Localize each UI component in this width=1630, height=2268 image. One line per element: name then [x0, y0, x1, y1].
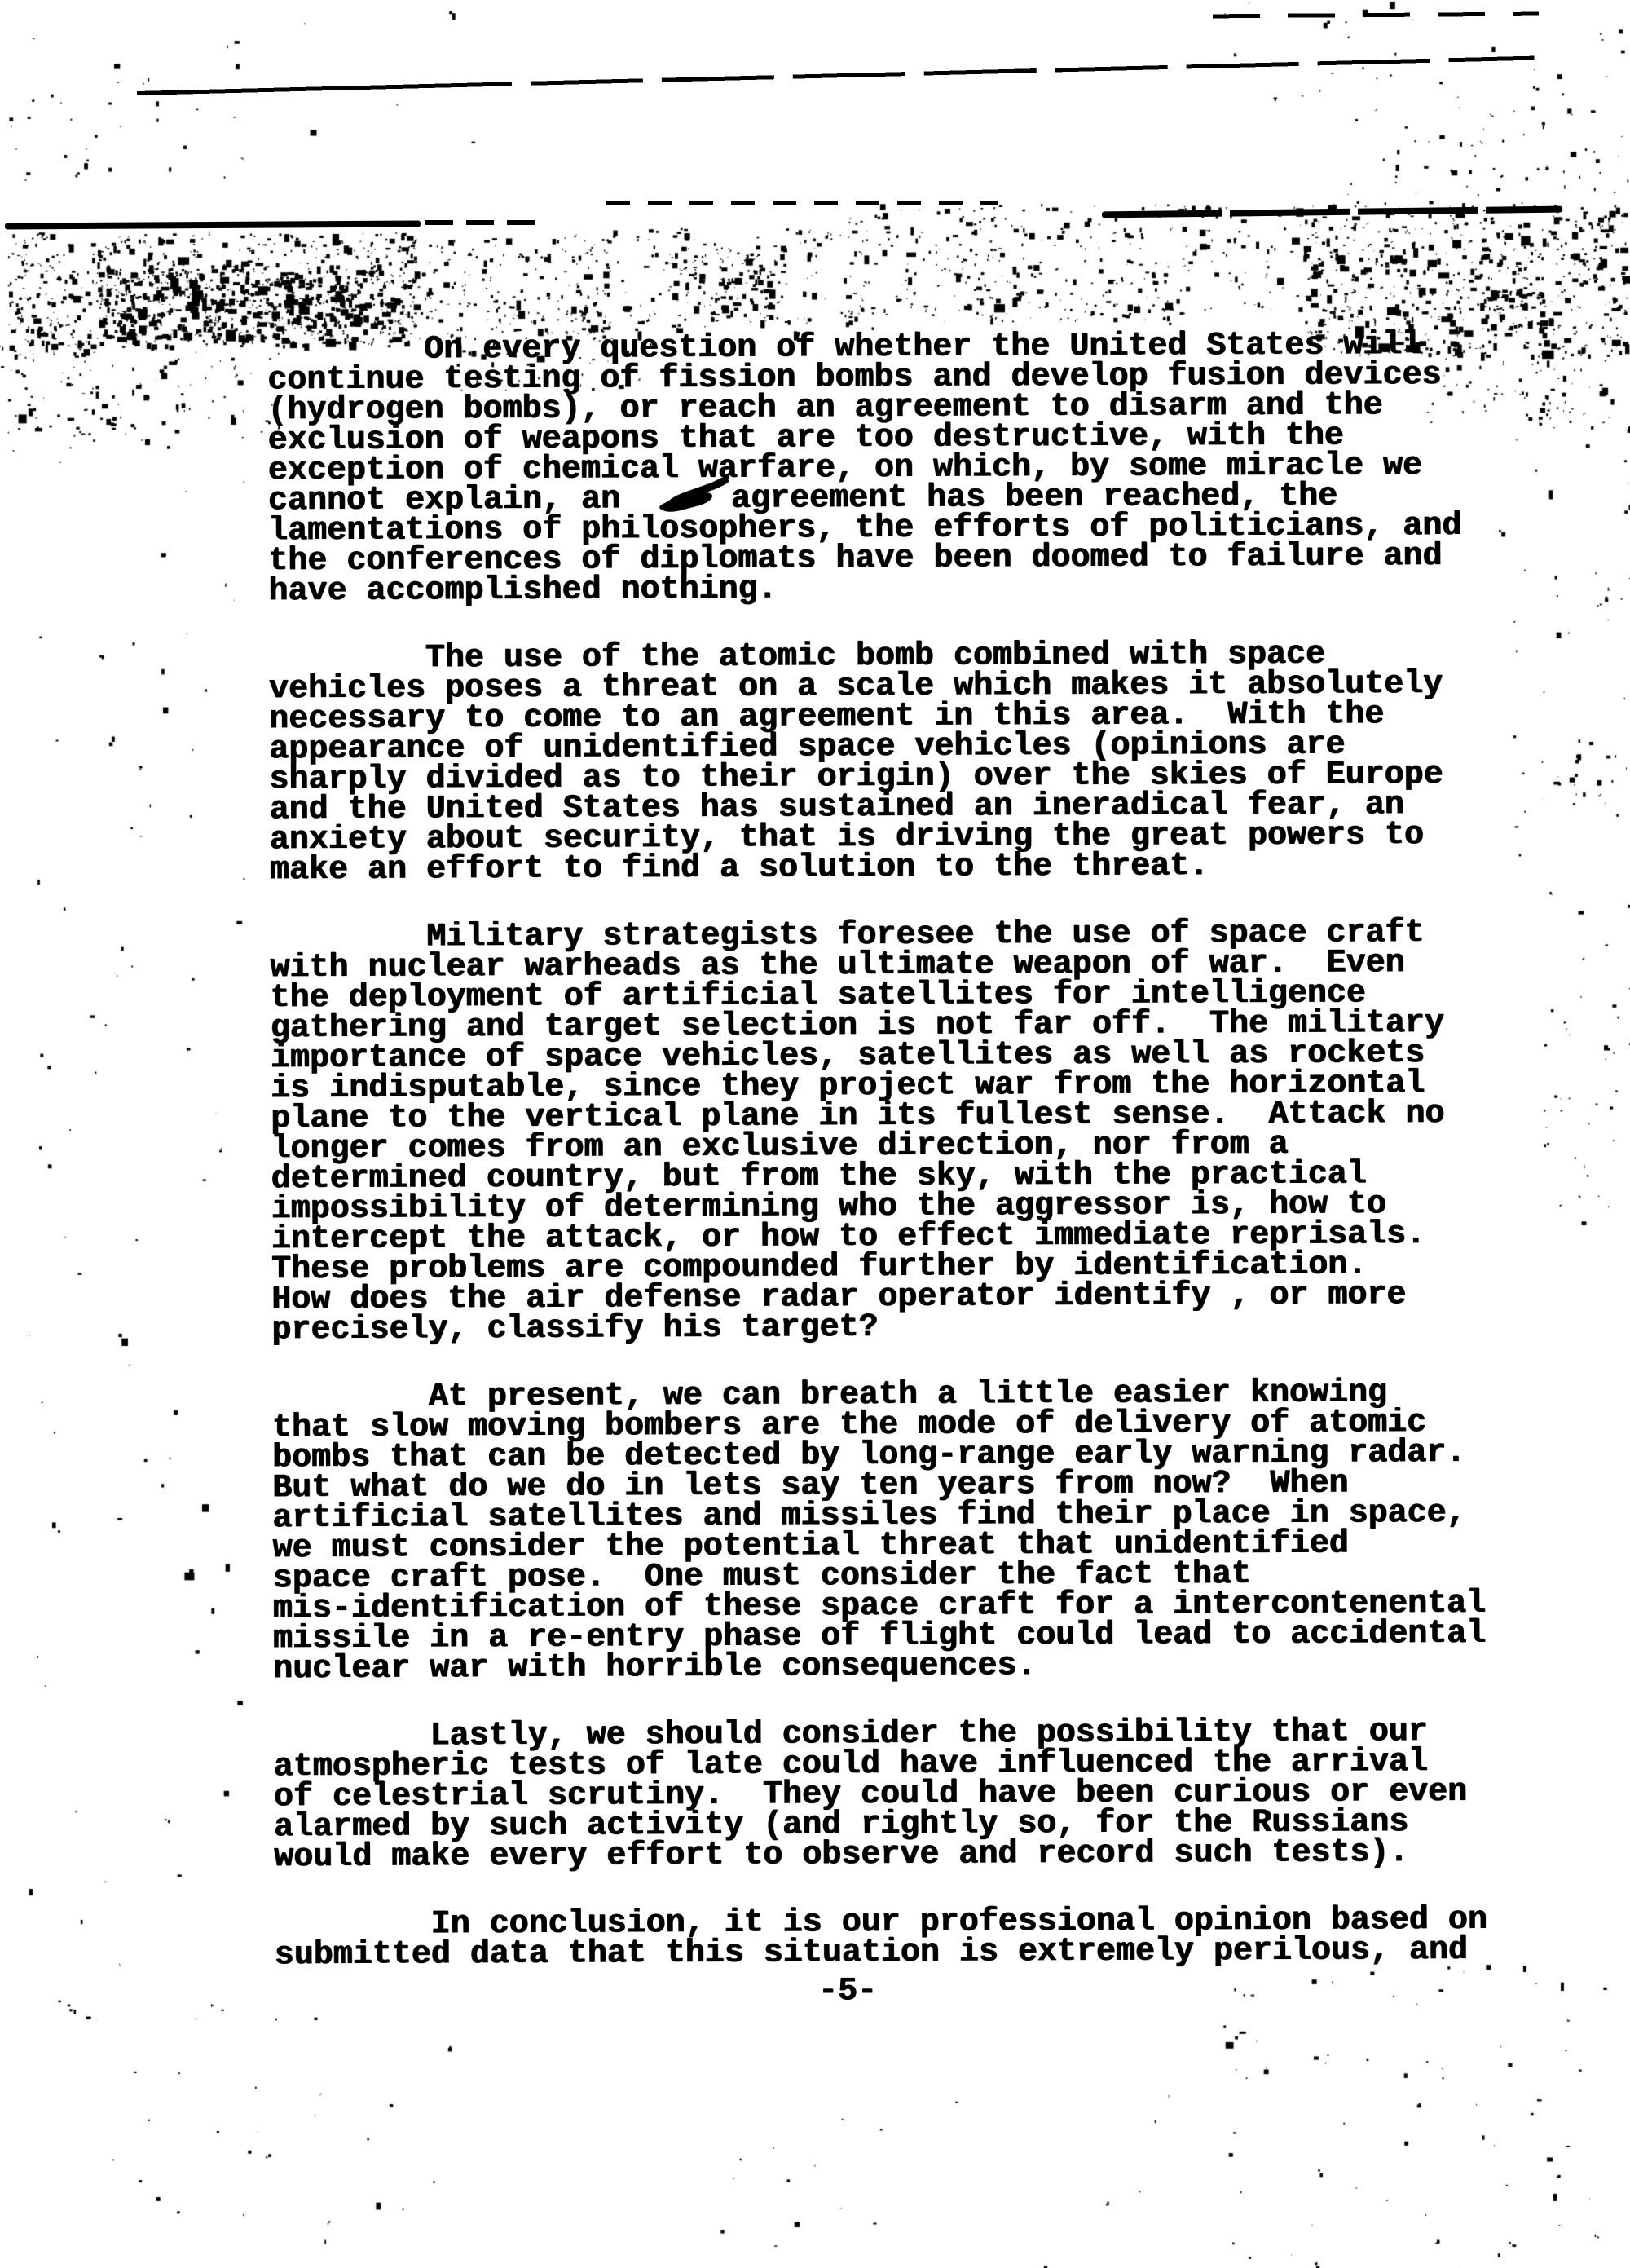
- paragraph: On every question of whether the United …: [267, 330, 1482, 607]
- text-line: would make every effort to observe and r…: [274, 1837, 1487, 1872]
- scan-artifact-left-streak-dashes: [425, 220, 540, 225]
- paragraph: In conclusion, it is our professional op…: [274, 1904, 1487, 1970]
- text-line: nuclear war with horrible consequences.: [273, 1648, 1486, 1683]
- ink-scribble: [659, 484, 731, 512]
- document-body: On every question of whether the United …: [267, 330, 1487, 1970]
- text-line: submitted data that this situation is ex…: [275, 1935, 1487, 1970]
- paragraph: At present, we can breath a little easie…: [272, 1377, 1487, 1683]
- paragraph: Lastly, we should consider the possibili…: [273, 1716, 1487, 1872]
- text-line: the conferences of diplomats have been d…: [268, 541, 1481, 576]
- page-number: -5-: [818, 1976, 877, 2006]
- text-line: How does the air defense radar operator …: [271, 1279, 1484, 1314]
- text-line: make an effort to find a solution to the…: [270, 850, 1482, 885]
- scanned-document-page: On every question of whether the United …: [0, 0, 1630, 2268]
- paragraph: The use of the atomic bomb combined with…: [269, 639, 1483, 885]
- scan-artifact-dash-row: [606, 201, 998, 205]
- paragraph: Military strategists foresee the use of …: [270, 917, 1484, 1344]
